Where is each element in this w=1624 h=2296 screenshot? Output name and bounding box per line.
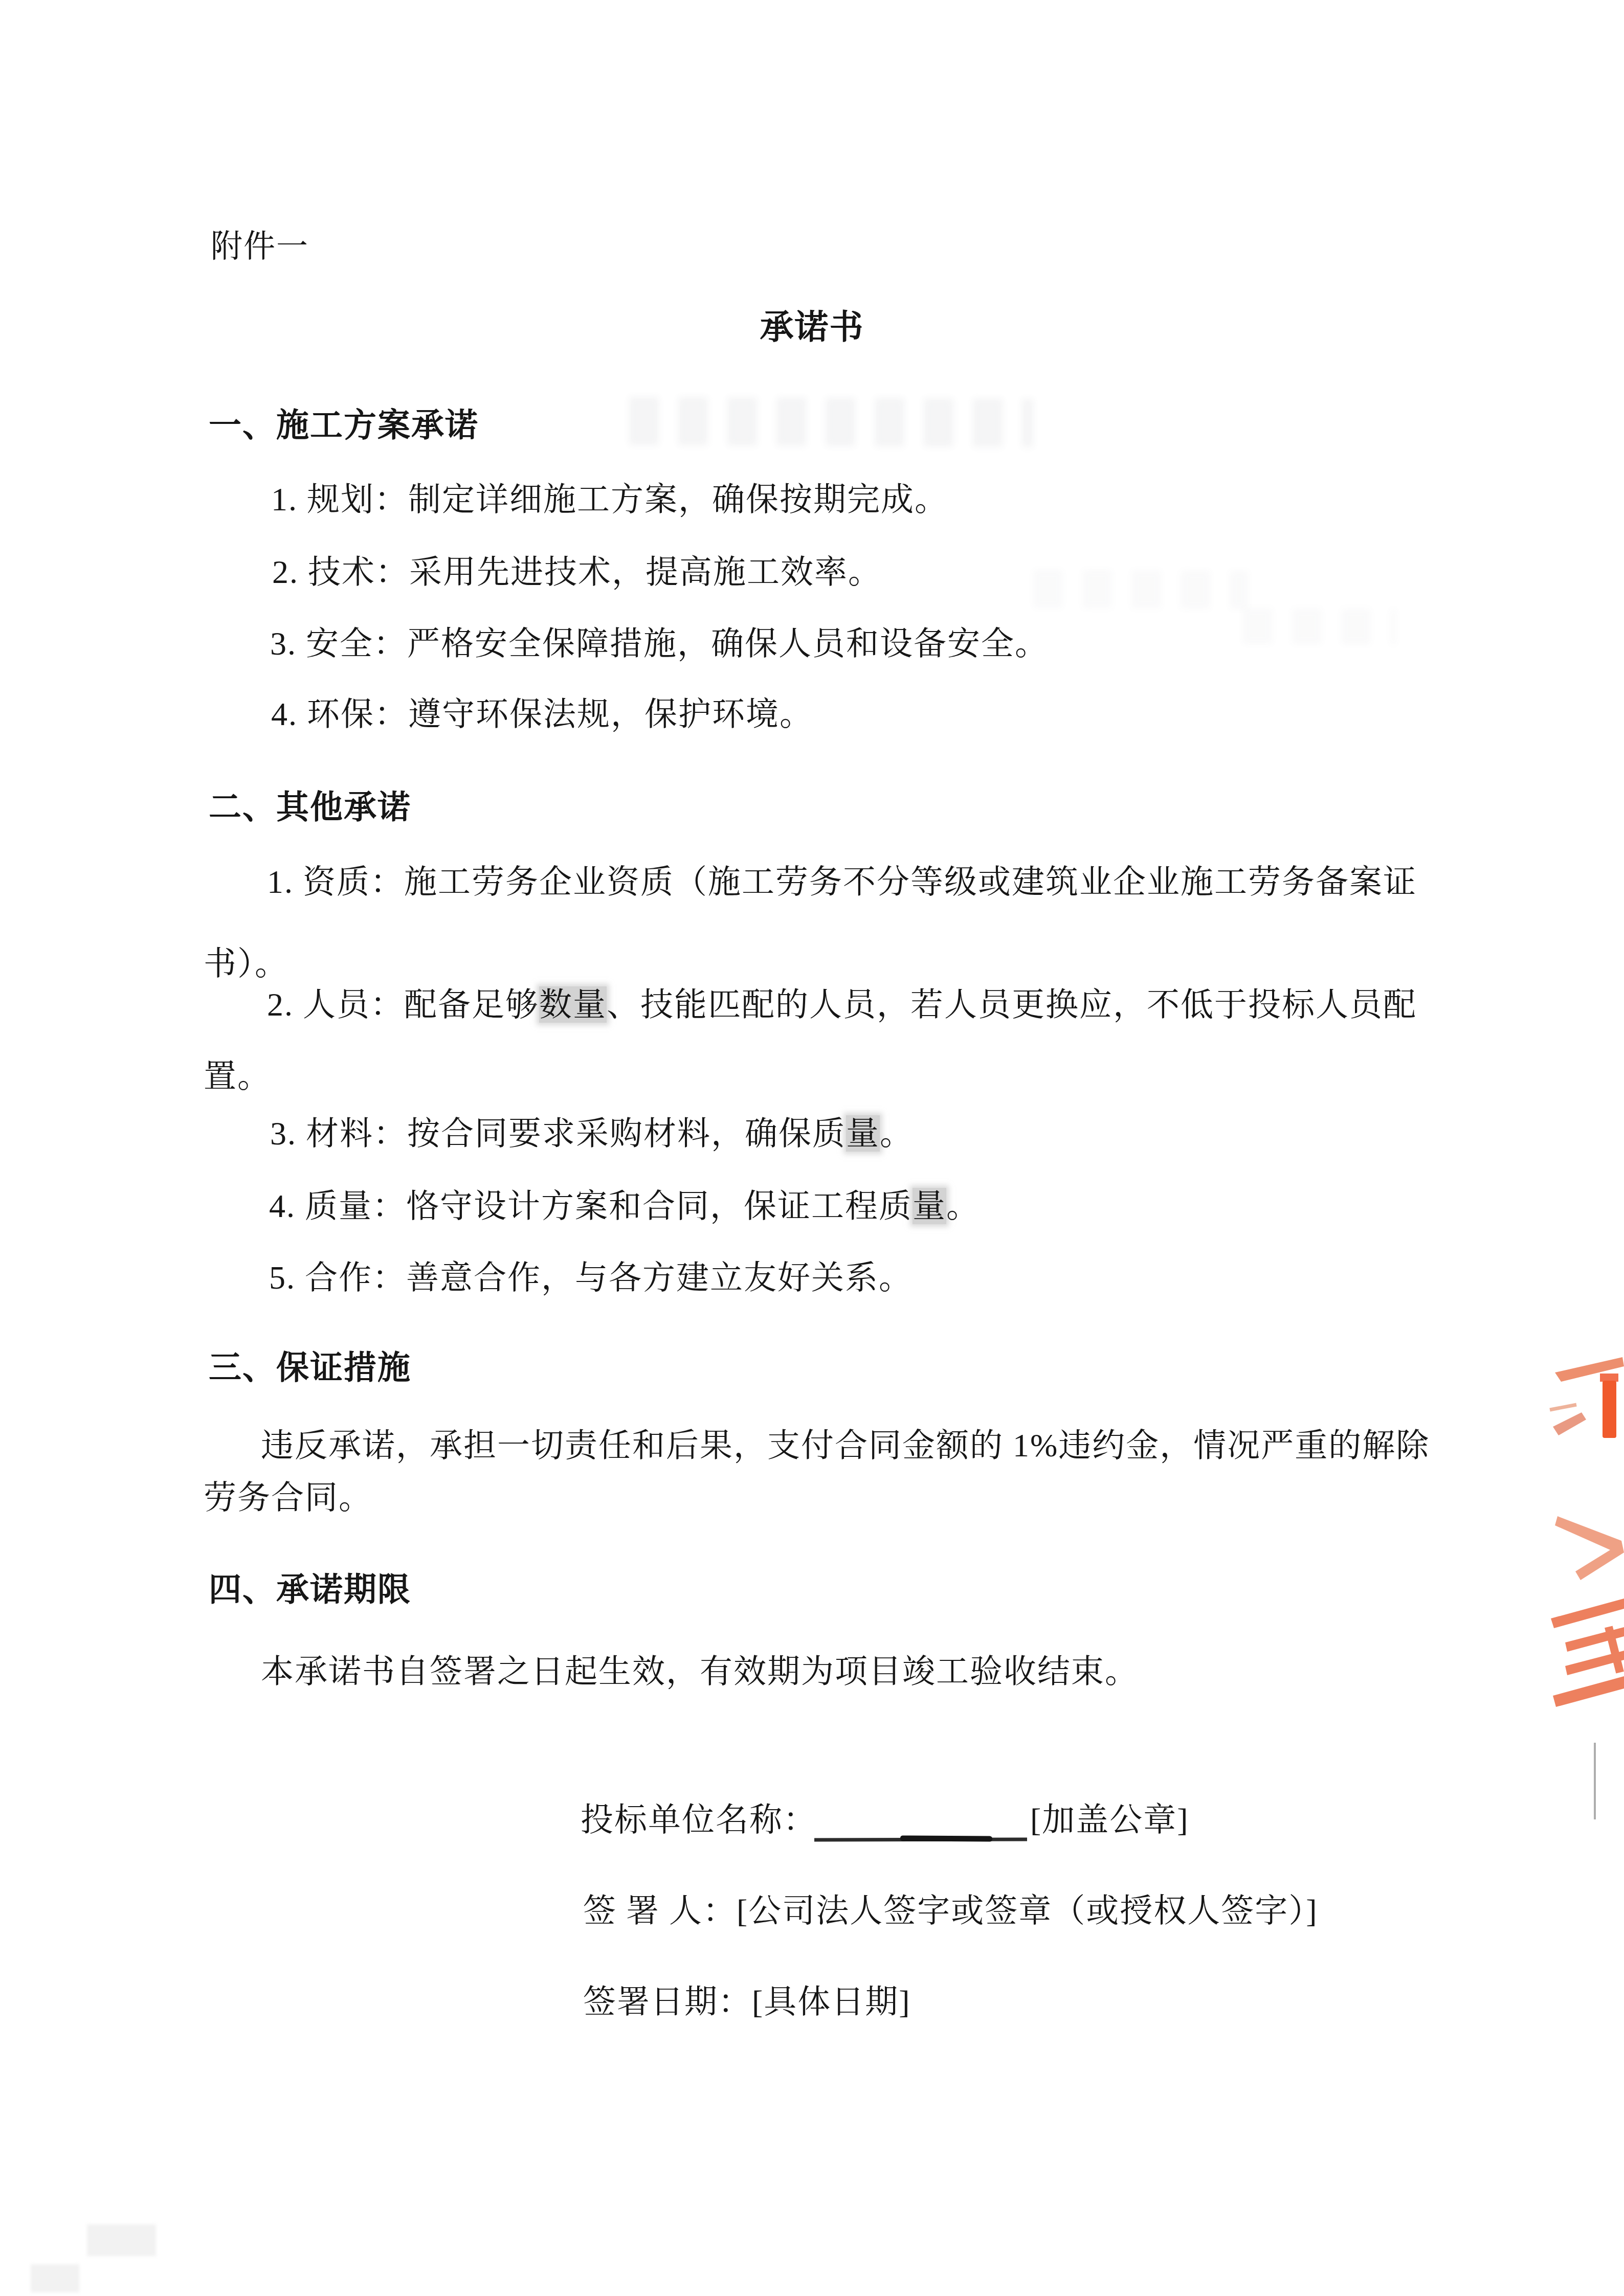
- list-item: 3. 材料：按合同要求采购材料，确保质量。: [270, 1115, 914, 1153]
- signature-unit-note: [加盖公章]: [1030, 1801, 1189, 1839]
- signature-signer-line: 签 署 人：[公司法人签字或签章（或授权人签字）]: [583, 1892, 1318, 1930]
- scan-smudge: [87, 2224, 156, 2256]
- list-item-continuation: 置。: [204, 1057, 271, 1095]
- list-item-continuation: 书）。: [204, 945, 288, 983]
- section-4-heading: 四、承诺期限: [209, 1571, 411, 1609]
- paragraph-line: 违反承诺，承担一切责任和后果，支付合同金额的 1%违约金，情况严重的解除: [261, 1427, 1430, 1465]
- list-item: 2. 人员：配备足够数量、技能匹配的人员，若人员更换应，不低于投标人员配: [267, 986, 1417, 1024]
- signature-unit-label: 投标单位名称：: [581, 1801, 817, 1839]
- scan-line-artifact: [1594, 1743, 1596, 1819]
- document-title: 承诺书: [760, 308, 864, 347]
- bleed-through-artifact: [629, 397, 1033, 447]
- section-2-heading: 二、其他承诺: [209, 789, 411, 826]
- paragraph-line: 劳务合同。: [204, 1479, 372, 1517]
- scan-smudge: [31, 2264, 79, 2292]
- scanned-document-page: 附件一 承诺书 一、施工方案承诺 1. 规划：制定详细施工方案，确保按期完成。 …: [0, 0, 1624, 2296]
- section-1-heading: 一、施工方案承诺: [209, 407, 479, 444]
- paragraph-line: 本承诺书自签署之日起生效，有效期为项目竣工验收结束。: [261, 1653, 1139, 1691]
- list-item: 5. 合作：善意合作，与各方建立友好关系。: [269, 1259, 913, 1297]
- list-item: 4. 环保：遵守环保法规，保护环境。: [271, 695, 813, 733]
- list-item: 1. 资质：施工劳务企业资质（施工劳务不分等级或建筑业企业施工劳务备案证: [267, 863, 1417, 901]
- section-3-heading: 三、保证措施: [209, 1349, 411, 1387]
- red-seal-fragment: [1483, 1304, 1624, 1841]
- bleed-through-artifact: [1243, 608, 1396, 645]
- list-item: 3. 安全：严格安全保障措施，确保人员和设备安全。: [270, 625, 1049, 663]
- signature-date-line: 签署日期：[具体日期]: [583, 1983, 911, 2021]
- signature-blank-line-mark: [900, 1835, 992, 1841]
- list-item: 2. 技术：采用先进技术，提高施工效率。: [272, 553, 882, 591]
- attachment-label: 附件一: [211, 229, 309, 265]
- list-item: 4. 质量：恪守设计方案和合同，保证工程质量。: [269, 1187, 980, 1225]
- bleed-through-artifact: [1033, 570, 1248, 609]
- list-item: 1. 规划：制定详细施工方案，确保按期完成。: [271, 481, 948, 519]
